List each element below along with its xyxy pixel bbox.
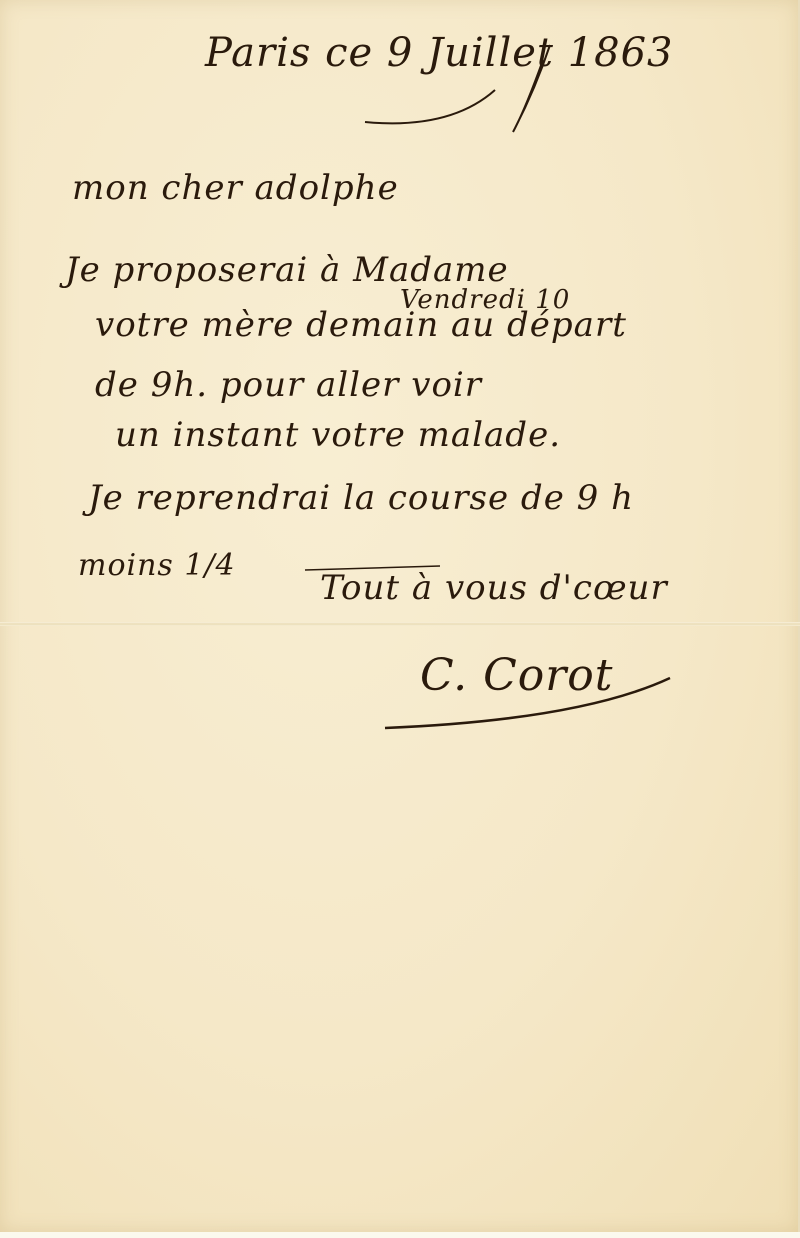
signature-underline-flourish [380, 670, 690, 740]
closing-phrase: Tout à vous d'cœur [320, 568, 668, 608]
body-line-4: un instant votre malade. [115, 415, 561, 455]
paper-fold-crease [0, 622, 800, 626]
body-line-5: Je reprendrai la course de 9 h [88, 478, 634, 518]
juillet-descender-flourish [505, 40, 565, 140]
place-date-heading: Paris ce 9 Juillet 1863 [205, 30, 674, 76]
body-line-6: moins 1/4 [78, 548, 236, 583]
body-line-3: de 9h. pour aller voir [95, 365, 482, 405]
body-line-2: votre mère demain au départ [95, 305, 627, 345]
body-line-1: Je proposerai à Madame [65, 250, 509, 290]
salutation: mon cher adolphe [72, 168, 399, 208]
